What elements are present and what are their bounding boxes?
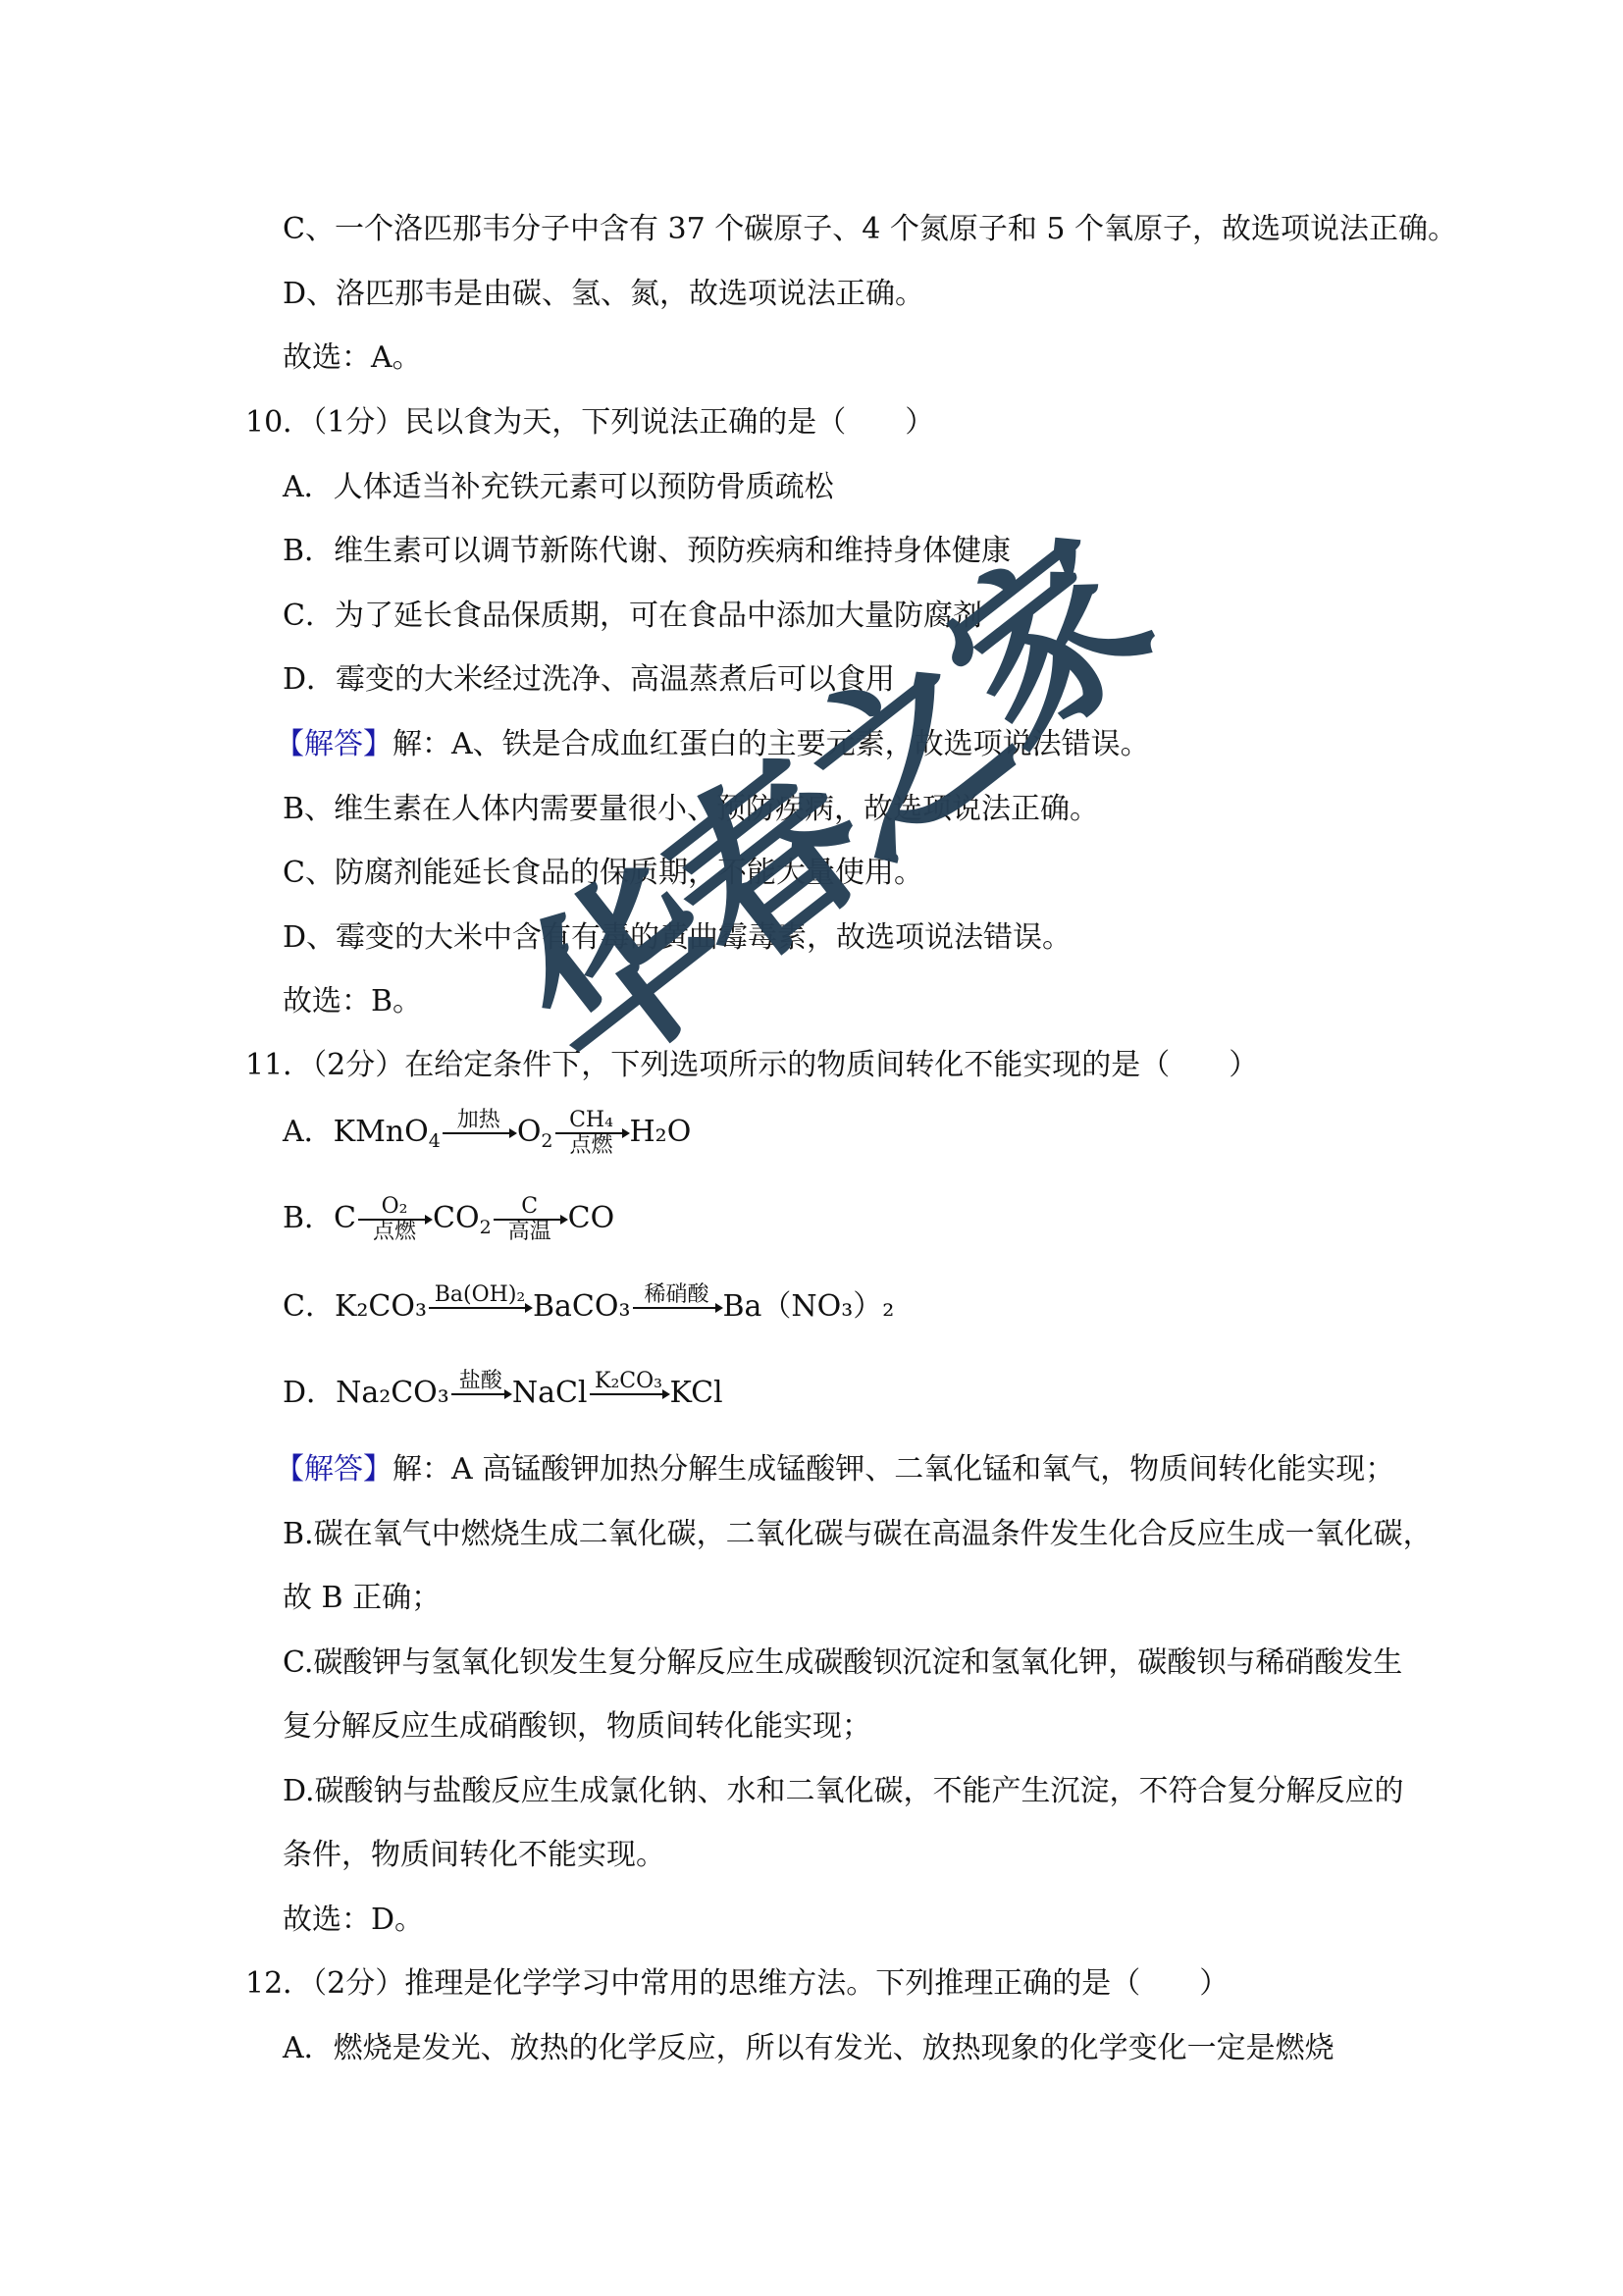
q11-answer-line-2: B.碳在氧气中燃烧生成二氧化碳，二氧化碳与碳在高温条件发生化合反应生成一氧化碳， <box>283 1515 1433 1554</box>
formula: BaCO₃ <box>533 1289 631 1324</box>
q11-answer-line-4: C.碳酸钾与氢氧化钡发生复分解反应生成碳酸钡沉淀和氢氧化钾，碳酸钡与稀硝酸发生 <box>283 1644 1402 1683</box>
option-label: A． <box>283 1115 334 1149</box>
q12-stem: 12．（2分）推理是化学学习中常用的思维方法。下列推理正确的是（ ） <box>245 1964 1229 2004</box>
formula: KMnO <box>334 1115 429 1149</box>
answer-tag: 【解答】 <box>275 1452 393 1487</box>
prev-answer-c: C、一个洛匹那韦分子中含有 37 个碳原子、4 个氮原子和 5 个氧原子，故选项… <box>283 210 1457 249</box>
q11-answer-line-1: 【解答】解：A 高锰酸钾加热分解生成锰酸钾、二氧化锰和氧气，物质间转化能实现； <box>275 1450 1394 1489</box>
reaction-arrow: O₂点燃 <box>358 1195 431 1244</box>
option-label: C． <box>283 1289 335 1324</box>
reaction-arrow: C高温 <box>494 1195 566 1244</box>
q11-stem: 11．（2分）在给定条件下，下列选项所示的物质间转化不能实现的是（ ） <box>245 1046 1258 1085</box>
q11-option-c: C．K₂CO₃Ba(OH)₂BaCO₃稀硝酸Ba（NO₃）₂ <box>283 1283 894 1332</box>
q11-answer-choice: 故选：D。 <box>283 1901 424 1940</box>
q10-option-a: A．人体适当补充铁元素可以预防骨质疏松 <box>283 468 834 507</box>
reaction-arrow: 盐酸 <box>451 1370 510 1419</box>
formula: O <box>517 1115 542 1149</box>
subscript: 2 <box>480 1217 492 1238</box>
subscript: 4 <box>429 1130 441 1152</box>
option-label: B． <box>283 1201 334 1235</box>
q10-answer-choice: 故选：B。 <box>283 982 422 1021</box>
formula: H₂O <box>630 1115 692 1149</box>
q11-option-b: B．CO₂点燃CO2C高温CO <box>283 1195 614 1247</box>
formula: Na₂CO₃ <box>336 1376 449 1410</box>
formula: KCl <box>670 1376 723 1410</box>
q11-option-d: D．Na₂CO₃盐酸NaClK₂CO₃KCl <box>283 1370 723 1419</box>
reaction-arrow: 稀硝酸 <box>633 1283 721 1332</box>
formula: Ba（NO₃）₂ <box>723 1289 895 1324</box>
reaction-arrow: CH₄点燃 <box>555 1109 628 1158</box>
answer-tag: 【解答】 <box>275 727 393 761</box>
prev-answer-d: D、洛匹那韦是由碳、氢、氮，故选项说法正确。 <box>283 275 924 314</box>
formula: NaCl <box>512 1376 588 1410</box>
q11-answer-line-7: 条件，物质间转化不能实现。 <box>283 1836 665 1875</box>
reaction-arrow: K₂CO₃ <box>590 1370 668 1419</box>
formula: C <box>334 1201 356 1235</box>
prev-answer-choice: 故选：A。 <box>283 339 422 378</box>
answer-text: 解：A 高锰酸钾加热分解生成锰酸钾、二氧化锰和氧气，物质间转化能实现； <box>393 1452 1394 1487</box>
q11-answer-line-6: D.碳酸钠与盐酸反应生成氯化钠、水和二氧化碳，不能产生沉淀，不符合复分解反应的 <box>283 1772 1404 1811</box>
q10-stem: 10．（1分）民以食为天，下列说法正确的是（ ） <box>245 403 934 443</box>
q11-answer-line-5: 复分解反应生成硝酸钡，物质间转化能实现； <box>283 1707 871 1747</box>
subscript: 2 <box>541 1130 552 1152</box>
q10-option-b: B．维生素可以调节新陈代谢、预防疾病和维持身体健康 <box>283 532 1011 571</box>
q12-option-a: A．燃烧是发光、放热的化学反应，所以有发光、放热现象的化学变化一定是燃烧 <box>283 2029 1335 2068</box>
reaction-arrow: Ba(OH)₂ <box>429 1283 531 1332</box>
reaction-arrow: 加热 <box>443 1109 515 1158</box>
q11-answer-line-3: 故 B 正确； <box>283 1579 441 1618</box>
formula: CO <box>433 1201 480 1235</box>
formula: K₂CO₃ <box>335 1289 427 1324</box>
formula: CO <box>568 1201 615 1235</box>
option-label: D． <box>283 1376 336 1410</box>
